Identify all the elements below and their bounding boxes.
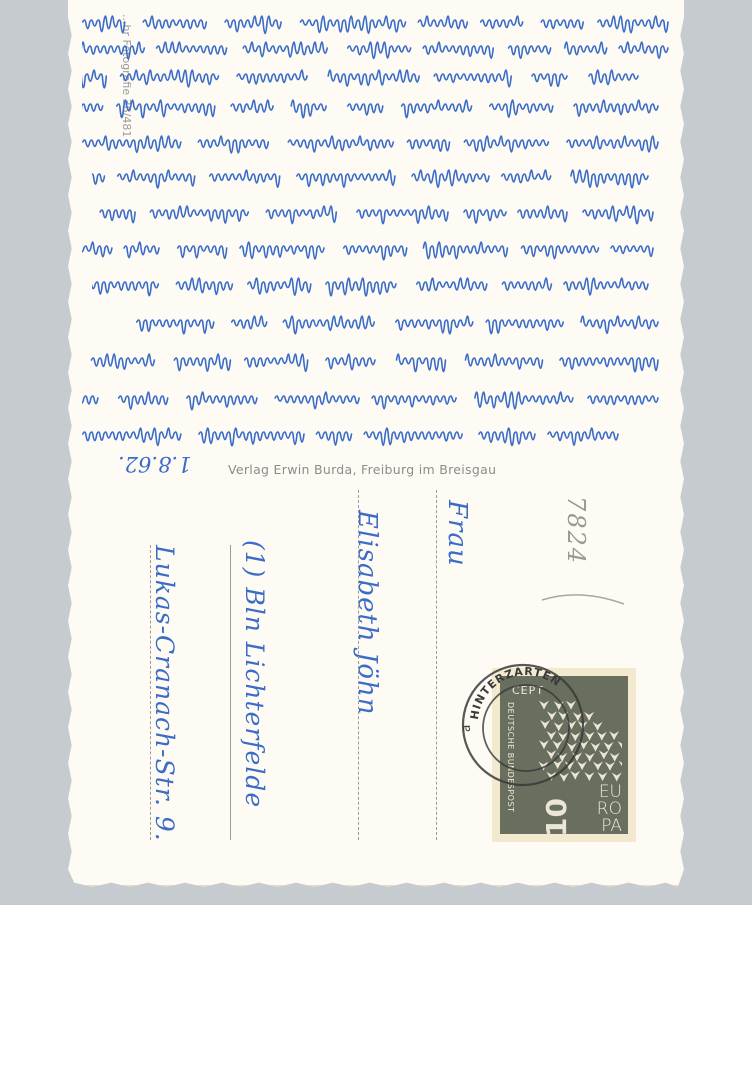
address-street: Lukas-Cranach-Str. 9. <box>150 545 179 842</box>
stamp-word-line: PA <box>597 818 622 835</box>
handwriting-line <box>92 162 692 192</box>
address-salutation: Frau <box>442 500 472 567</box>
postmark-code: a <box>459 725 473 732</box>
address-rule <box>358 490 359 840</box>
pencil-stroke <box>540 588 626 606</box>
address-rule <box>150 545 151 840</box>
handwriting-line <box>82 198 682 228</box>
handwriting-line <box>82 34 682 64</box>
handwriting-line <box>82 62 682 92</box>
handwriting-line <box>132 308 732 338</box>
address-district: (1) Bln Lichterfelde <box>240 540 269 808</box>
handwriting-line <box>82 384 682 414</box>
handwritten-date: 1.8.62. <box>118 452 191 476</box>
handwriting-line <box>82 346 682 376</box>
handwriting-line <box>82 128 682 158</box>
handwritten-message <box>82 0 682 440</box>
publisher-imprint: Verlag Erwin Burda, Freiburg im Breisgau <box>228 462 496 477</box>
postmark: HINTERZARTEN a <box>458 660 588 790</box>
handwriting-line <box>92 270 692 300</box>
pencil-inventory-number: 7824 <box>562 496 590 565</box>
address-rule <box>230 545 231 840</box>
handwriting-line <box>82 234 682 264</box>
handwriting-line <box>82 420 682 450</box>
handwriting-line <box>82 92 682 122</box>
address-rule <box>436 490 437 840</box>
stamp-value: 10 <box>540 798 573 837</box>
address-name: Elisabeth Jöhn <box>352 510 382 716</box>
stamp-europa: EU RO PA <box>597 784 622 835</box>
